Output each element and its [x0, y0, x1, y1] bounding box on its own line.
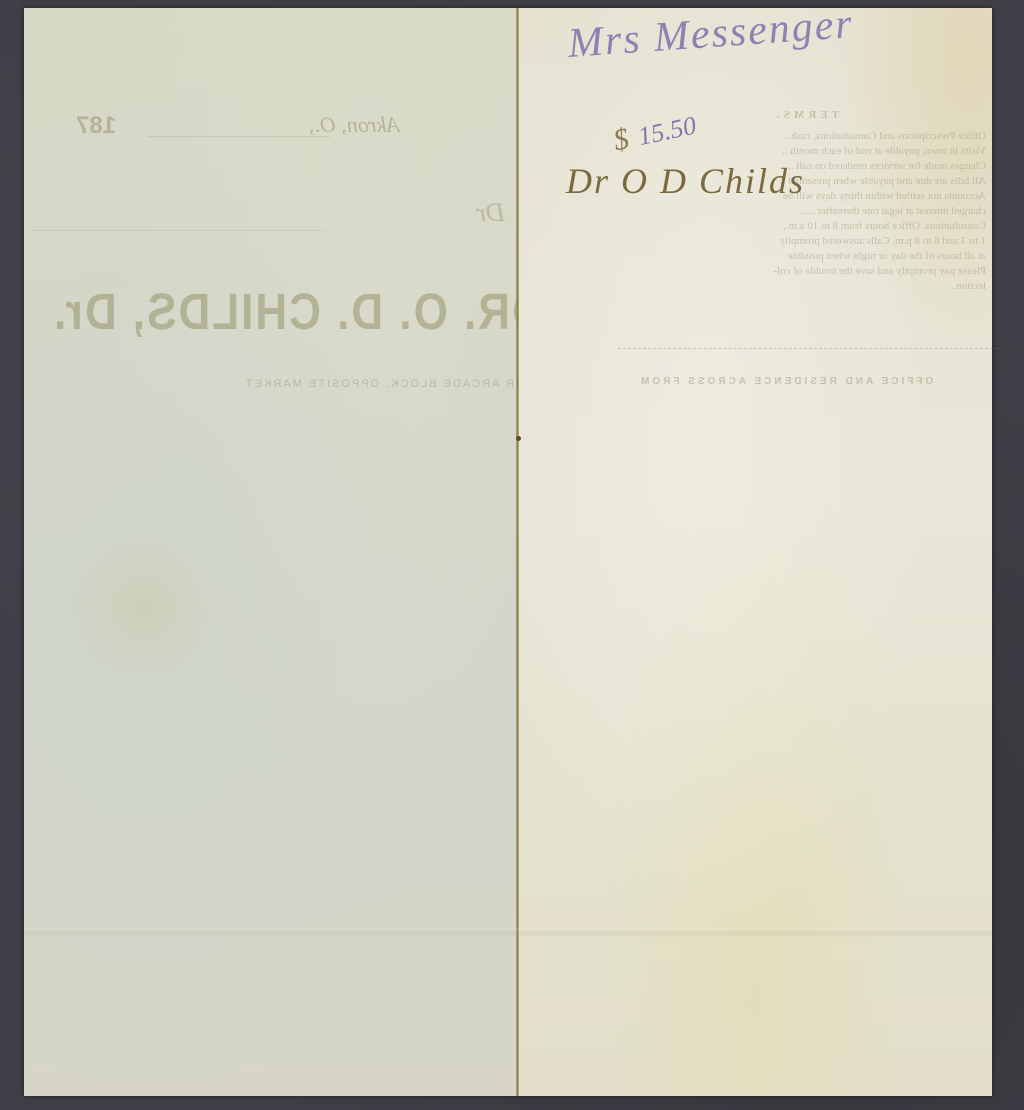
- horizontal-fold-crease: [24, 928, 992, 938]
- terms-line: lection.: [626, 279, 986, 294]
- bill-sheet: 187 Akron, O., Dr DR. O. D. CHILDS, Dr. …: [24, 8, 992, 1096]
- terms-line: charged interest at legal rate thereafte…: [626, 204, 986, 219]
- bleed-place: Akron, O.,: [309, 112, 400, 138]
- bleed-dr: Dr: [476, 198, 505, 228]
- bleed-year: 187: [76, 112, 116, 140]
- bleed-doctor-name: DR. O. D. CHILDS, Dr.: [52, 284, 544, 342]
- terms-line: 1 to 3 and 6 to 8 p.m. Calls answered pr…: [626, 234, 986, 249]
- ink-spot: [516, 436, 521, 441]
- bleed-name-rule: [34, 230, 324, 231]
- terms-line: Please pay promptly and save the trouble…: [626, 264, 986, 279]
- handwritten-recipient: Mrs Messenger: [566, 0, 855, 68]
- terms-line: at all hours of the day or night when po…: [626, 249, 986, 264]
- dollar-sign: $: [610, 122, 632, 157]
- bleed-date-rule: [149, 136, 329, 137]
- terms-line: Consultations. Office hours from 8 to 10…: [626, 219, 986, 234]
- terms-line: Visits in town, payable at end of each m…: [626, 144, 986, 159]
- terms-rule: [618, 348, 998, 349]
- paper-stain: [64, 528, 224, 688]
- handwritten-signature: Dr O D Childs: [566, 160, 805, 202]
- bleed-office-line: OFFICE AND RESIDENCE ACROSS FROM: [638, 376, 933, 387]
